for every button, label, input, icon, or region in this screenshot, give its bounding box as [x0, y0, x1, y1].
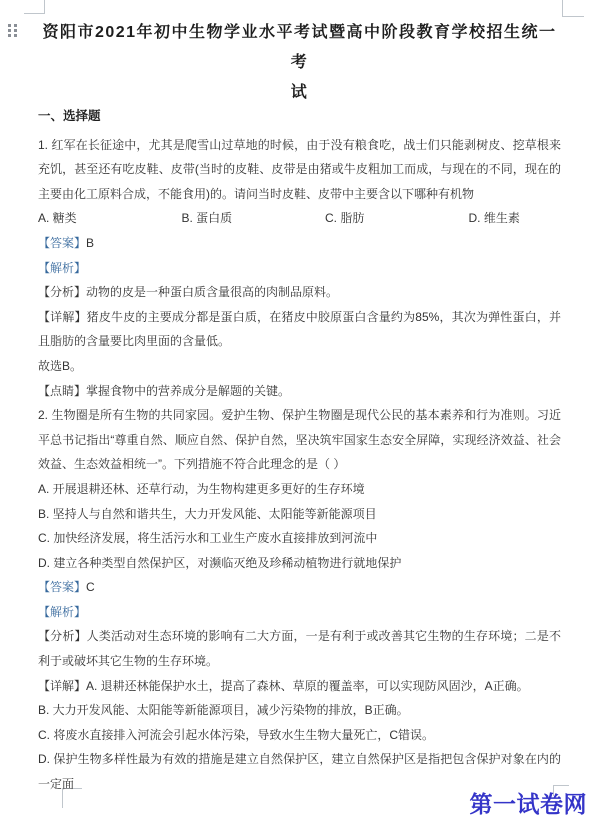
q1-answer-line: 【答案】B	[38, 231, 561, 256]
q1-option-b: B. 蛋白质	[182, 206, 326, 231]
q2-option-d: D. 建立各种类型自然保护区，对濒临灭绝及珍稀动植物进行就地保护	[38, 551, 561, 576]
q2-option-c: C. 加快经济发展，将生活污水和工业生产废水直接排放到河流中	[38, 526, 561, 551]
q2-fenxi: 【分析】人类活动对生态环境的影响有二大方面，一是有利于或改善其它生物的生存环境；…	[38, 624, 561, 673]
q1-options-row: A. 糖类 B. 蛋白质 C. 脂肪 D. 维生素	[38, 206, 561, 231]
watermark-logo: 第一试卷网	[470, 791, 588, 817]
q2-jiexi-label: 【解析】	[38, 605, 86, 619]
drag-handle-icon[interactable]	[8, 24, 17, 37]
q1-stem: 1. 红军在长征途中，尤其是爬雪山过草地的时候，由于没有粮食吃，战士们只能剥树皮…	[38, 133, 561, 207]
q1-jiexi-line: 【解析】	[38, 256, 561, 281]
q2-answer-label: 【答案】	[38, 580, 86, 594]
exam-title-line-1: 资阳市2021年初中生物学业水平考试暨高中阶段教育学校招生统一考	[38, 18, 561, 78]
q2-answer-line: 【答案】C	[38, 575, 561, 600]
exam-document-page: 资阳市2021年初中生物学业水平考试暨高中阶段教育学校招生统一考 试 一、选择题…	[0, 0, 599, 829]
q1-answer-label: 【答案】	[38, 236, 86, 250]
q1-fenxi: 【分析】动物的皮是一种蛋白质含量很高的肉制品原料。	[38, 280, 561, 305]
q2-option-b: B. 坚持人与自然和谐共生，大力开发风能、太阳能等新能源项目	[38, 502, 561, 527]
q1-dianjing: 【点睛】掌握食物中的营养成分是解题的关键。	[38, 379, 561, 404]
q2-option-a: A. 开展退耕还林、还草行动，为生物构建更多更好的生存环境	[38, 477, 561, 502]
q1-conclusion: 故选B。	[38, 354, 561, 379]
q1-xiangjie: 【详解】猪皮牛皮的主要成分都是蛋白质，在猪皮中胶原蛋白含量约为85%，其次为弹性…	[38, 305, 561, 354]
q2-jiexi-line: 【解析】	[38, 600, 561, 625]
q1-option-c: C. 脂肪	[325, 206, 469, 231]
q1-option-a: A. 糖类	[38, 206, 182, 231]
page-corner-mark-top-left	[24, 0, 45, 14]
q1-jiexi-label: 【解析】	[38, 261, 86, 275]
q1-answer-value: B	[86, 236, 94, 250]
q2-detail-b: B. 大力开发风能、太阳能等新能源项目，减少污染物的排放，B正确。	[38, 698, 561, 723]
page-corner-mark-top-right	[562, 0, 584, 17]
q2-detail-a: 【详解】A. 退耕还林能保护水土，提高了森林、草原的覆盖率，可以实现防风固沙，A…	[38, 674, 561, 699]
q1-option-d: D. 维生素	[469, 206, 562, 231]
q2-answer-value: C	[86, 580, 95, 594]
document-body: 一、选择题 1. 红军在长征途中，尤其是爬雪山过草地的时候，由于没有粮食吃，战士…	[38, 104, 561, 797]
q2-stem: 2. 生物圈是所有生物的共同家园。爱护生物、保护生物圈是现代公民的基本素养和行为…	[38, 403, 561, 477]
q2-detail-d: D. 保护生物多样性最为有效的措施是建立自然保护区，建立自然保护区是指把包含保护…	[38, 747, 561, 796]
q2-detail-c: C. 将废水直接排入河流会引起水体污染，导致水生生物大量死亡，C错误。	[38, 723, 561, 748]
exam-title: 资阳市2021年初中生物学业水平考试暨高中阶段教育学校招生统一考 试	[38, 18, 561, 108]
section-heading: 一、选择题	[38, 104, 561, 129]
